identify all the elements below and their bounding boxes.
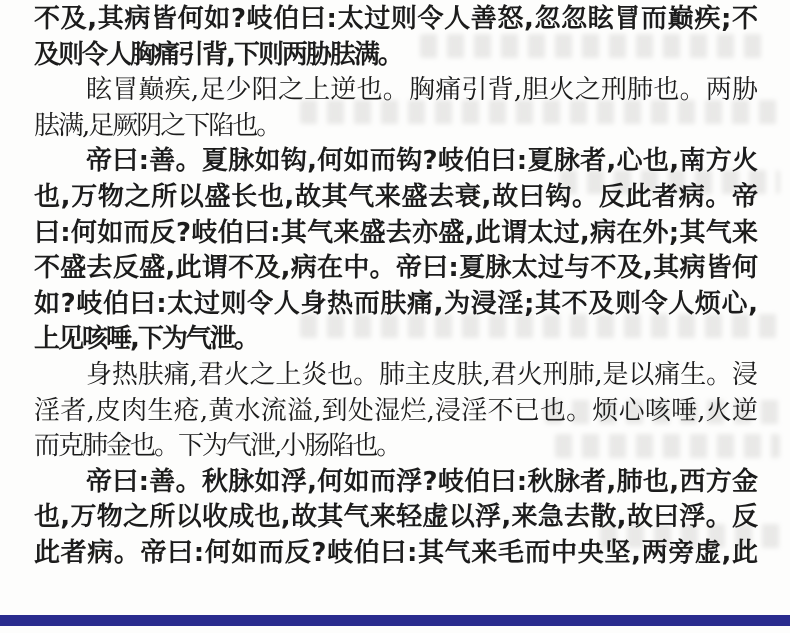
text-line: 及则令人胸痛引背,下则两胁胠满。	[34, 38, 756, 74]
text-line: 淫者,皮肉生疮,黄水流溢,到处湿烂,浸淫不已也。烦心咳唾,火逆	[34, 394, 756, 430]
text-line: 也,万物之所以盛长也,故其气来盛去衰,故曰钩。反此者病。帝	[34, 180, 756, 216]
text-line: 也,万物之所以收成也,故其气来轻虚以浮,来急去散,故曰浮。反	[34, 500, 756, 536]
text-line: 眩冒巅疾,足少阳之上逆也。胸痛引背,胆火之刑肺也。两胁	[34, 73, 756, 109]
text-line: 不及,其病皆何如?岐伯曰:太过则令人善怒,忽忽眩冒而巅疾;不	[34, 2, 756, 38]
book-page: 不及,其病皆何如?岐伯曰:太过则令人善怒,忽忽眩冒而巅疾;不及则令人胸痛引背,下…	[0, 2, 790, 572]
text-line: 身热肤痛,君火之上炎也。肺主皮肤,君火刑肺,是以痛生。浸	[34, 358, 756, 394]
text-line: 曰:何如而反?岐伯曰:其气来盛去亦盛,此谓太过,病在外;其气来	[34, 216, 756, 252]
text-line: 上见咳唾,下为气泄。	[34, 322, 756, 358]
text-line: 如?岐伯曰:太过则令人身热而肤痛,为浸淫;其不及则令人烦心,	[34, 287, 756, 323]
text-line: 帝曰:善。夏脉如钩,何如而钩?岐伯曰:夏脉者,心也,南方火	[34, 144, 756, 180]
body-text: 不及,其病皆何如?岐伯曰:太过则令人善怒,忽忽眩冒而巅疾;不及则令人胸痛引背,下…	[0, 2, 790, 572]
footer-rule-bar	[0, 615, 790, 626]
text-line: 不盛去反盛,此谓不及,病在中。帝曰:夏脉太过与不及,其病皆何	[34, 251, 756, 287]
text-line: 帝曰:善。秋脉如浮,何如而浮?岐伯曰:秋脉者,肺也,西方金	[34, 465, 756, 501]
text-line: 而克肺金也。下为气泄,小肠陷也。	[34, 429, 756, 465]
text-line: 胠满,足厥阴之下陷也。	[34, 109, 756, 145]
text-line: 此者病。帝曰:何如而反?岐伯曰:其气来毛而中央坚,两旁虚,此	[34, 536, 756, 572]
